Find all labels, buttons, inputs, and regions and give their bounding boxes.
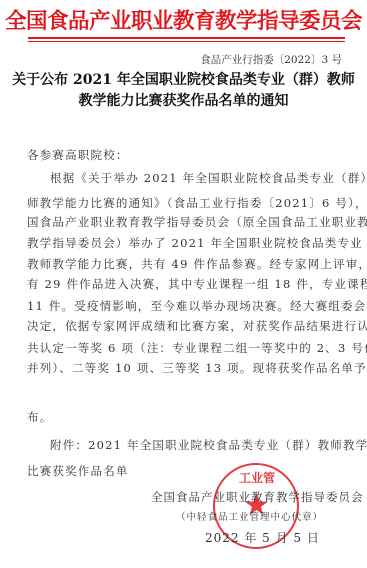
salutation: 各参赛高职院校： <box>27 147 129 163</box>
body-line: 有 29 件作品进入决赛，其中专业课程一组 18 件，专业课程二组 <box>27 276 367 292</box>
signature-seal-note: （中轻食品工业管理中心代章） <box>176 509 323 523</box>
body-line: 教师教学能力比赛，共有 49 件作品参赛。经专家网上评审，共 <box>27 256 367 272</box>
body-line: 决定，依据专家网评成绩和比赛方案，对获奖作品结果进行认定， <box>27 318 367 334</box>
body-line: 根据《关于举办 2021 年全国职业院校食品类专业（群）教 <box>50 170 367 186</box>
notice-title-line-2: 教学能力比赛获奖作品名单的通知 <box>0 91 367 111</box>
letterhead-rule-thick <box>28 37 345 39</box>
body-line: 布。 <box>27 409 52 425</box>
signature-org: 全国食品产业职业教育教学指导委员会 <box>151 489 364 505</box>
body-line: 师教学能力比赛的通知》（食品工业行指委〔2021〕6 号），全 <box>27 195 367 211</box>
notice-title-line-1: 关于公布 2021 年全国职业院校食品类专业（群）教师 <box>0 70 367 90</box>
body-line: 国食品产业职业教育教学指导委员会（原全国食品工业职业教育 <box>27 214 367 230</box>
attachment-line-1: 附件：2021 年全国职业院校食品类专业（群）教师教学能力 <box>50 437 367 453</box>
attachment-line-2: 比赛获奖作品名单 <box>27 463 129 479</box>
body-line: 教学指导委员会）举办了 2021 年全国职业院校食品类专业（群） <box>27 235 367 251</box>
signature-date: 2022 年 5 月 5 日 <box>205 529 320 546</box>
body-line: 11 件。受疫情影响，至今难以举办现场决赛。经大赛组委会研究 <box>27 298 367 314</box>
seal-top-text: 工业管 <box>239 469 275 486</box>
letterhead-rule-thin <box>28 41 345 42</box>
body-line: 共认定一等奖 6 项（注：专业课程二组一等奖中的 2、3 号作品 <box>27 340 367 356</box>
document-number: 食品产业行指委〔2022〕3 号 <box>200 52 342 67</box>
org-letterhead-title: 全国食品产业职业教育教学指导委员会 <box>0 8 367 36</box>
body-line: 并列）、二等奖 10 项、三等奖 13 项。现将获奖作品名单予以公 <box>27 360 367 376</box>
